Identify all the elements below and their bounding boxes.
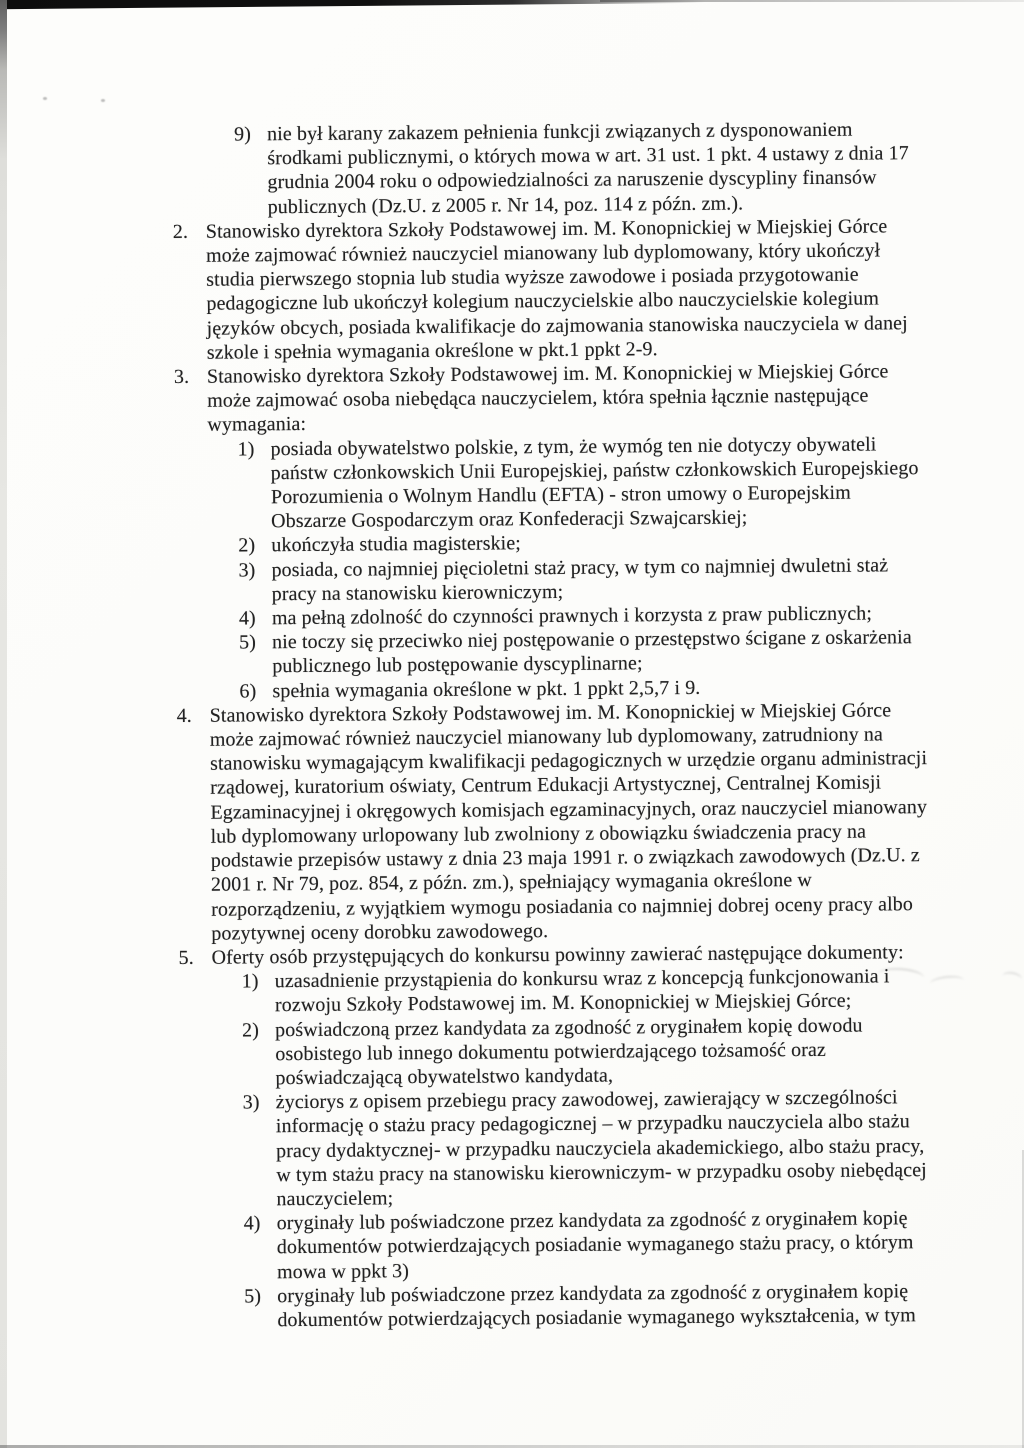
scan-edge-top-line [600,0,1024,2]
list-item-2: 2. Stanowisko dyrektora Szkoły Podstawow… [173,214,927,365]
sub-item-5-1: 1) uzasadnienie przystąpienia do konkurs… [212,964,932,1018]
scan-edge-left [0,0,7,1448]
item-number: 1) [237,437,270,461]
scan-speck [43,97,47,100]
list-item-5: 5. Oferty osób przystępujących do konkur… [178,940,934,1333]
sub-item-3-1: 1) posiada obywatelstwo polskie, z tym, … [207,432,928,534]
item-text: nie był karany zakazem pełnienia funkcji… [267,117,926,219]
item-text: Stanowisko dyrektora Szkoły Podstawowej … [207,359,928,437]
document-text-block: 9) nie był karany zakazem pełnienia funk… [172,117,934,1333]
item-number: 2) [242,1018,275,1042]
sublist-of-item-3: 1) posiada obywatelstwo polskie, z tym, … [207,432,929,704]
item-number: 3) [238,558,271,582]
sub-item-3-3: 3) posiada, co najmniej pięcioletni staż… [208,553,928,607]
item-number: 1) [242,969,275,993]
scanned-document-page: 9) nie był karany zakazem pełnienia funk… [0,0,1024,1448]
item-number: 3. [174,365,207,389]
item-text: poświadczoną przez kandydata za zgodność… [275,1013,933,1091]
sub-item-5-5: 5) oryginały lub poświadczone przez kand… [214,1279,934,1333]
item-text: oryginały lub poświadczone przez kandyda… [277,1206,935,1284]
item-text: oryginały lub poświadczone przez kandyda… [277,1279,934,1333]
item-text: posiada, co najmniej pięcioletni staż pr… [271,553,928,607]
item-number: 5. [178,946,211,970]
sub-item-5-2: 2) poświadczoną przez kandydata za zgodn… [212,1013,933,1091]
sub-item-3-5: 5) nie toczy się przeciwko niej postępow… [209,625,929,679]
item-number: 4) [239,606,272,630]
sub-item-5-3: 3) życiorys z opisem przebiegu pracy zaw… [213,1085,934,1212]
sub-item-5-4: 4) oryginały lub poświadczone przez kand… [214,1206,935,1284]
item-text: życiorys z opisem przebiegu pracy zawodo… [276,1085,934,1211]
item-text: nie toczy się przeciwko niej postępowani… [272,625,929,679]
list-item-4: 4. Stanowisko dyrektora Szkoły Podstawow… [177,698,932,946]
scan-speck [101,99,105,102]
item-number: 2) [238,534,271,558]
list-item-9: 9) nie był karany zakazem pełnienia funk… [172,117,926,220]
item-number: 2. [173,220,206,244]
item-text: Stanowisko dyrektora Szkoły Podstawowej … [206,214,927,365]
item-text: posiada obywatelstwo polskie, z tym, że … [270,432,928,534]
pencil-smudge [929,974,964,989]
item-number: 3) [243,1090,276,1114]
item-text: uzasadnienie przystąpienia do konkursu w… [275,964,932,1018]
item-number: 5) [244,1284,277,1308]
sublist-of-item-5: 1) uzasadnienie przystąpienia do konkurs… [212,964,935,1333]
item-number: 4) [244,1211,277,1235]
item-number: 4. [177,704,210,728]
item-number: 6) [239,679,272,703]
pencil-smudge [1001,970,1023,985]
item-number: 9) [234,122,267,146]
list-item-3: 3. Stanowisko dyrektora Szkoły Podstawow… [174,359,930,704]
item-number: 5) [239,630,272,654]
item-text: Stanowisko dyrektora Szkoły Podstawowej … [210,698,932,946]
